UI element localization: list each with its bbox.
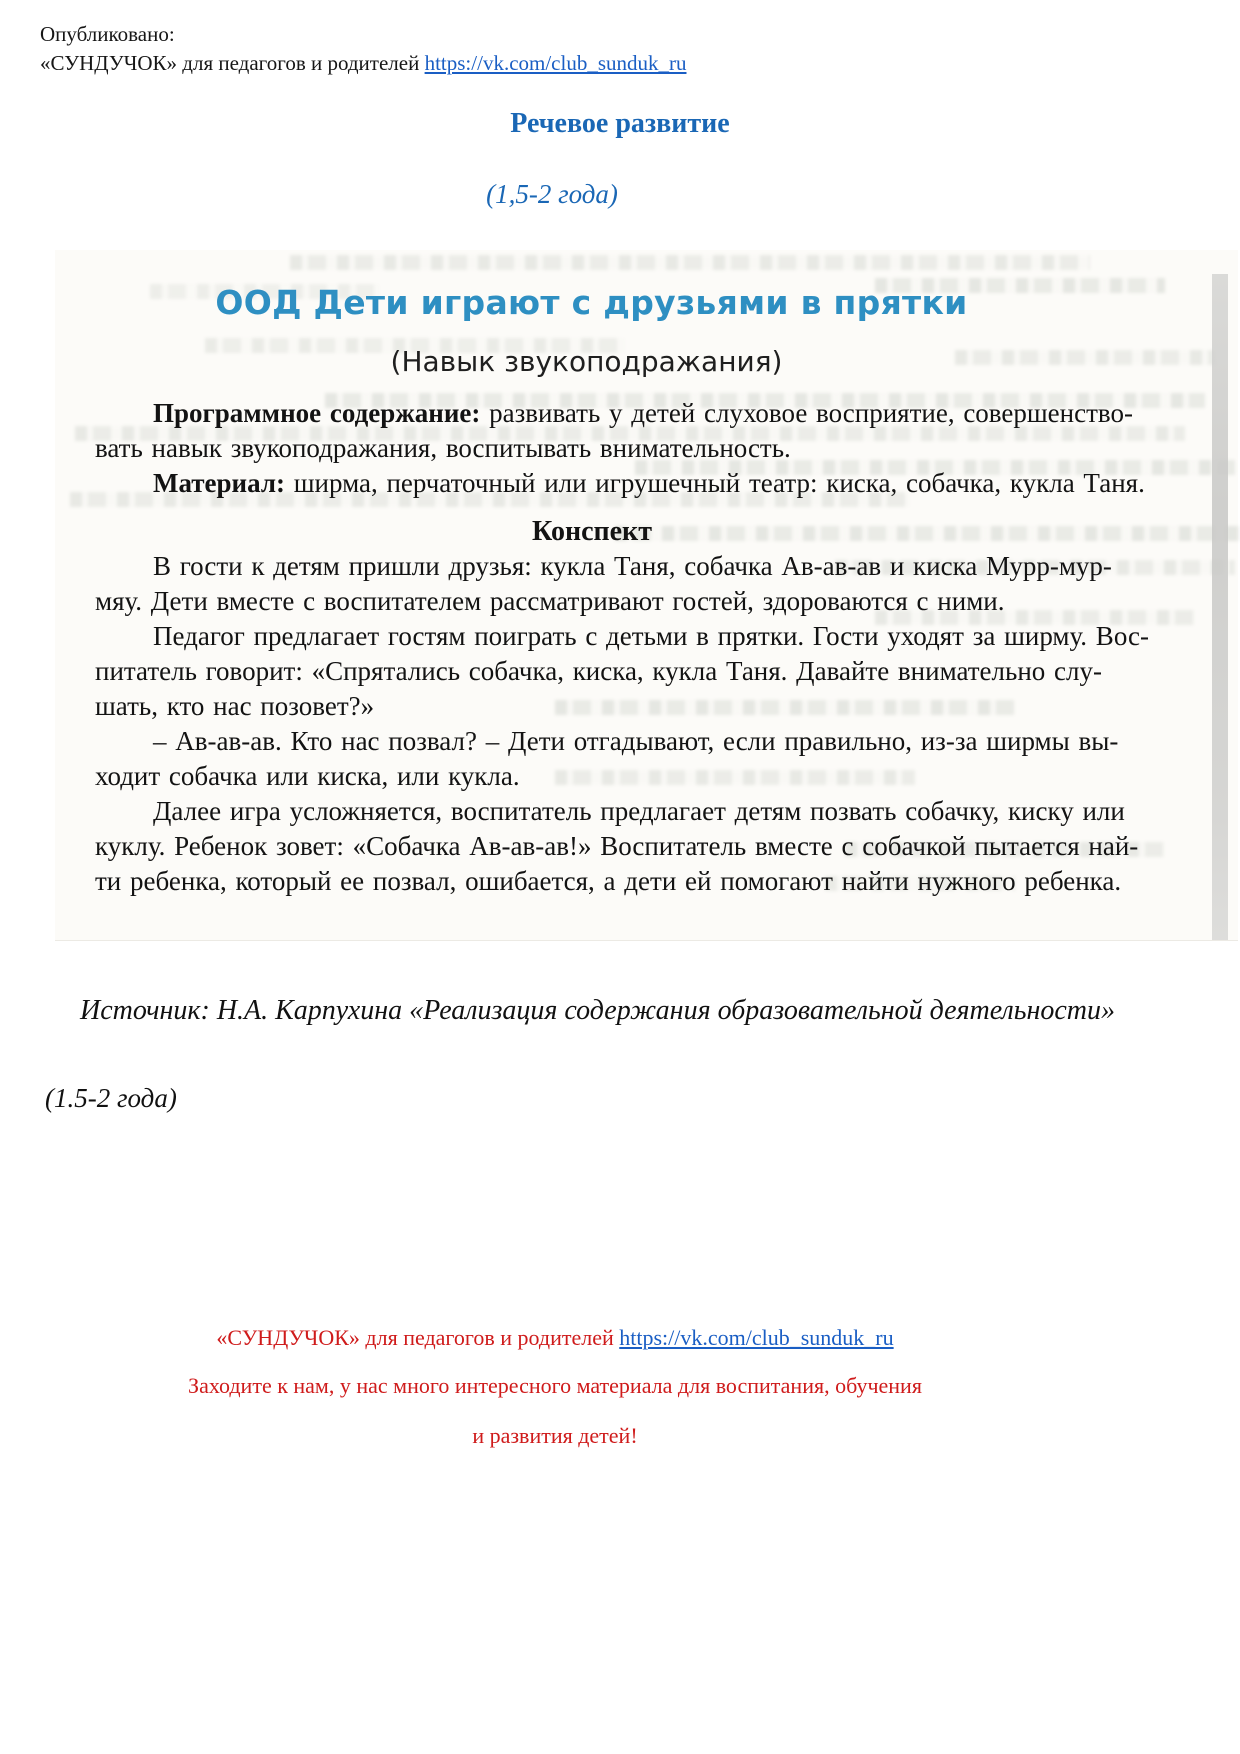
lesson-paragraph: Далее игра усложняется, воспитатель пред… xyxy=(95,794,1217,899)
footer-club-text: «СУНДУЧОК» для педагогов и родителей xyxy=(216,1325,619,1350)
material-text: ширма, перчаточный или игрушечный театр:… xyxy=(285,468,1145,498)
source-citation: Источник: Н.А. Карпухина «Реализация сод… xyxy=(80,995,1115,1027)
lesson-paragraph: – Ав-ав-ав. Кто нас позвал? – Дети отгад… xyxy=(95,724,1217,794)
footer-club-line: «СУНДУЧОК» для педагогов и родителей htt… xyxy=(0,1325,1110,1351)
program-content-label: Программное содержание: xyxy=(153,398,480,428)
bleed-through-artifact xyxy=(290,255,1090,270)
page-title: Речевое развитие xyxy=(0,108,1240,140)
footer-invite-line2: и развития детей! xyxy=(0,1423,1110,1449)
club-header-line: «СУНДУЧОК» для педагогов и родителей htt… xyxy=(40,51,687,76)
summary-heading: Конспект xyxy=(95,514,1217,549)
vk-link-top[interactable]: https://vk.com/club_sunduk_ru xyxy=(425,51,687,75)
age-subtitle: (1,5-2 года) xyxy=(0,179,1240,210)
lesson-paragraph: Педагог предлагает гостям поиграть с дет… xyxy=(95,619,1217,724)
footer-invite-line: Заходите к нам, у нас много интересного … xyxy=(0,1373,1110,1399)
material-label: Материал: xyxy=(153,468,285,498)
material-paragraph: Материал: ширма, перчаточный или игрушеч… xyxy=(95,466,1217,501)
footer: «СУНДУЧОК» для педагогов и родителей htt… xyxy=(0,1325,1240,1449)
source-age: (1.5-2 года) xyxy=(45,1083,177,1114)
club-header-text: «СУНДУЧОК» для педагогов и родителей xyxy=(40,51,425,75)
program-content-paragraph: Программное содержание: развивать у дете… xyxy=(95,396,1217,466)
document-page: Опубликовано: «СУНДУЧОК» для педагогов и… xyxy=(0,0,1240,1754)
lesson-paragraph: В гости к детям пришли друзья: кукла Тан… xyxy=(95,549,1217,619)
lesson-skill-subtitle: (Навык звукоподражания) xyxy=(55,345,1238,378)
vk-link-footer[interactable]: https://vk.com/club_sunduk_ru xyxy=(619,1325,893,1350)
lesson-title: ООД Дети играют с друзьями в прятки xyxy=(55,283,1238,322)
published-label: Опубликовано: xyxy=(40,22,175,47)
scanned-book-page: ООД Дети играют с друзьями в прятки (Нав… xyxy=(55,250,1238,941)
lesson-body: Программное содержание: развивать у дете… xyxy=(95,396,1217,899)
